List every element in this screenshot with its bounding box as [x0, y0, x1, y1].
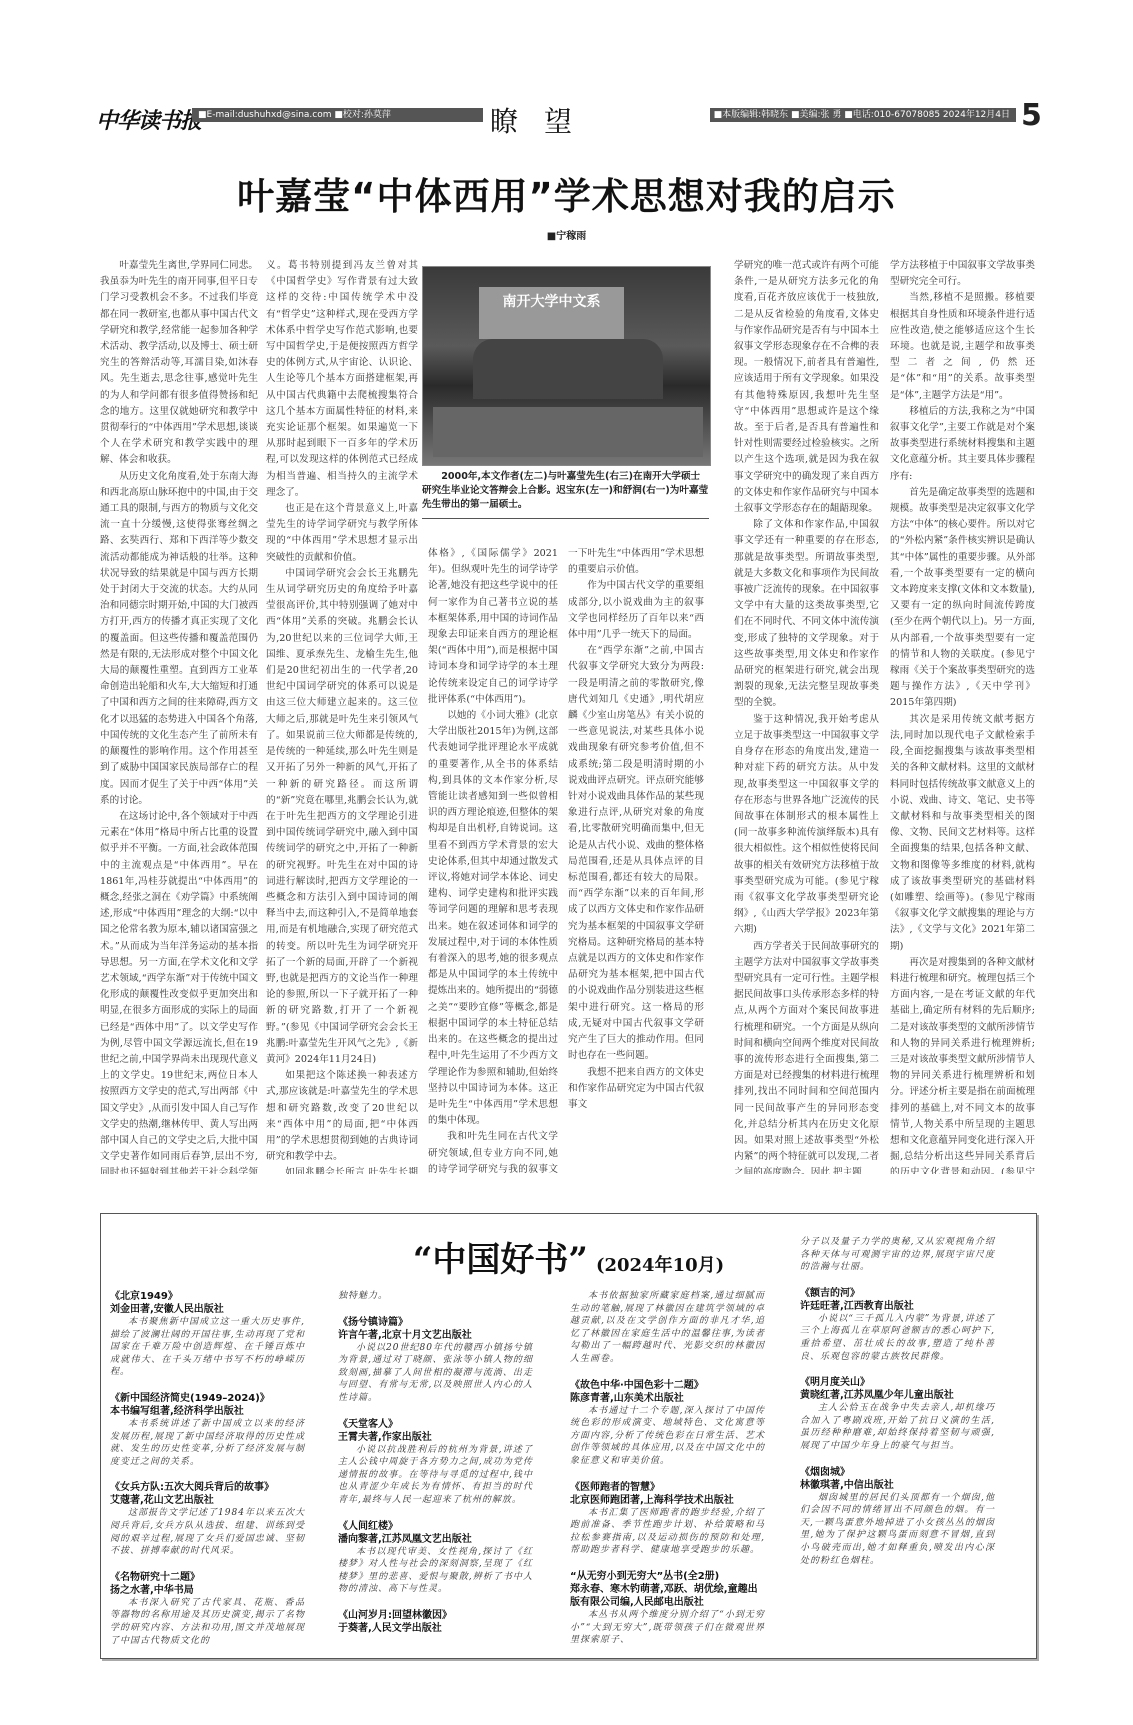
books-column-1: 《北京1949》刘金田著,安徽人民出版社本书聚焦新中国成立这一重大历史事件,描绘… — [110, 1290, 305, 1660]
newspaper-logo: 中华读书报 — [96, 104, 201, 135]
article-paragraph: 体格》,《国际儒学》2021年)。但纵观叶先生的词学诗学论著,她没有把这些学说中… — [428, 546, 558, 708]
article-column-3: 体格》,《国际儒学》2021年)。但纵观叶先生的词学诗学论著,她没有把这些学说中… — [428, 546, 558, 1174]
article-column-2: 义。葛书特别提到冯友兰曾对其《中国哲学史》写作背景有过大致这样的交待:中国传统学… — [266, 258, 418, 1174]
book-author: 郑永春、寒木钓萌著,邓跃、胡优绘,童趣出版有限公司编,人民邮电出版社 — [570, 1583, 765, 1609]
book-title: 《扬兮镇诗篇》 — [338, 1316, 533, 1329]
book-author: 许廷旺著,江西教育出版社 — [800, 1300, 995, 1313]
book-entry: 《扬兮镇诗篇》许言午著,北京十月文艺出版社小说以20世纪80年代的赣西小镇扬兮镇… — [338, 1316, 533, 1405]
book-entry: 《北京1949》刘金田著,安徽人民出版社本书聚焦新中国成立这一重大历史事件,描绘… — [110, 1290, 305, 1379]
section-title: 瞭望 — [490, 100, 598, 140]
book-author: 王霄夫著,作家出版社 — [338, 1431, 533, 1444]
book-entry: “从无穷小到无穷大”丛书(全2册)郑永春、寒木钓萌著,邓跃、胡优绘,童趣出版有限… — [570, 1570, 765, 1647]
article-paragraph: 学方法移植于中国叙事文学故事类型研究完全可行。 — [890, 258, 1035, 290]
article-paragraph: 义。葛书特别提到冯友兰曾对其《中国哲学史》写作背景有过大致这样的交待:中国传统学… — [266, 258, 418, 501]
book-entry: 《山河岁月:回望林徽因》于葵著,人民文学出版社 — [338, 1609, 533, 1635]
photo-group — [473, 339, 663, 399]
article-paragraph: 移植后的方法,我称之为“中国叙事文化学”,主要工作就是对个案故事类型进行系统材料… — [890, 404, 1035, 485]
article-paragraph: 从历史文化角度看,处于东南大海和西北高原山脉环抱中的中国,由于交通工具的限制,与… — [100, 469, 258, 809]
book-description: 本书依据独家所藏家庭档案,通过细腻而生动的笔触,展现了林徽因在建筑学领域的卓越贡… — [570, 1290, 765, 1366]
book-title: 《北京1949》 — [110, 1290, 305, 1303]
book-title: 《人间红楼》 — [338, 1520, 533, 1533]
article-paragraph: 西方学者关于民间故事研究的主题学方法对中国叙事文学故事类型研究具有一定可行性。主… — [734, 939, 879, 1174]
book-author: 陈彦青著,山东美术出版社 — [570, 1392, 765, 1405]
article-paragraph: 也正是在这个背景意义上,叶嘉莹先生的诗学词学研究与教学所体现的“中体西用”学术思… — [266, 501, 418, 566]
article-paragraph: 叶嘉莹先生离世,学界同仁同悲。我虽忝为叶先生的南开同事,但平日专门学习受教机会不… — [100, 258, 258, 469]
book-author: 林徽琪著,中信出版社 — [800, 1479, 995, 1492]
book-title: “从无穷小到无穷大”丛书(全2册) — [570, 1570, 765, 1583]
book-entry: 本书依据独家所藏家庭档案,通过细腻而生动的笔触,展现了林徽因在建筑学领域的卓越贡… — [570, 1290, 765, 1366]
photo-banner: 南开大学中文系 — [479, 287, 624, 339]
article-column-1: 叶嘉莹先生离世,学界同仁同悲。我虽忝为叶先生的南开同事,但平日专门学习受教机会不… — [100, 258, 258, 1174]
book-author: 许言午著,北京十月文艺出版社 — [338, 1329, 533, 1342]
book-description: 小说以“三千孤儿入内蒙”为背景,讲述了三个上海孤儿在草原阿爸额吉的悉心呵护下,重… — [800, 1313, 995, 1363]
book-title: 《明月度关山》 — [800, 1376, 995, 1389]
book-description: 本书深入研究了古代家具、花瓶、香品等器物的名称用途及其历史演变,揭示了名物学的研… — [110, 1597, 305, 1647]
book-entry: 《名物研究十二题》扬之水著,中华书局本书深入研究了古代家具、花瓶、香品等器物的名… — [110, 1571, 305, 1647]
article-paragraph: 除了文体和作家作品,中国叙事文学还有一种重要的存在形态,那就是故事类型。所谓故事… — [734, 517, 879, 711]
book-entry: 《烟囱城》林徽琪著,中信出版社烟囱城里的居民们头顶都有一个烟囱,他们会因不同的情… — [800, 1466, 995, 1568]
book-entry: 《人间红楼》潘向黎著,江苏凤凰文艺出版社本书以现代审美、女性视角,探讨了《红楼梦… — [338, 1520, 533, 1596]
article-column-4: 一下叶先生“中体西用”学术思想的重要启示价值。作为中国古代文学的重要组成部分,以… — [568, 546, 704, 1174]
book-author: 于葵著,人民文学出版社 — [338, 1622, 533, 1635]
editor-info-bar: ■本版编辑:韩晓东 ■美编:张 勇 ■电话:010-67078085 2024年… — [710, 108, 1016, 122]
book-entry: 《新中国经济简史(1949–2024)》本书编写组著,经济科学出版社本书系统讲述… — [110, 1392, 305, 1468]
book-author: 艾蔻著,花山文艺出版社 — [110, 1494, 305, 1507]
article-paragraph: 作为中国古代文学的重要组成部分,以小说戏曲为主的叙事文学也同样经历了百年以来“西… — [568, 578, 704, 643]
book-entry: 独特魅力。 — [338, 1290, 533, 1303]
caption-divider — [422, 518, 709, 519]
article-paragraph: 再次是对搜集到的各种文献材料进行梳理和研究。梳理包括三个方面内容,一是在考证文献… — [890, 955, 1035, 1174]
books-column-3: 本书依据独家所藏家庭档案,通过细腻而生动的笔触,展现了林徽因在建筑学领域的卓越贡… — [570, 1290, 765, 1660]
article-paragraph: 如果把这个陈述换一种表述方式,那应该就是:叶嘉莹先生的学术思想和研究路数,改变了… — [266, 1068, 418, 1165]
book-entry: 分子以及量子力学的奥秘,又从宏观视角介绍各种天体与可观测宇宙的边界,展现宇宙尺度… — [800, 1236, 995, 1274]
book-author: 刘金田著,安徽人民出版社 — [110, 1303, 305, 1316]
book-title: 《新中国经济简史(1949–2024)》 — [110, 1392, 305, 1405]
book-description: 本丛书从两个维度分别介绍了“小到无穷小”“大到无穷大”,既带领孩子们在微观世界里… — [570, 1609, 765, 1647]
article-paragraph: 我和叶先生同在古代文学研究领域,但专业方向不同,她的诗学词学研究与我的叙事文学研… — [428, 1129, 558, 1174]
book-description: 主人公恰玉在战争中失去亲人,却机缘巧合加入了粤剧戏班,开始了抗日义演的生活,虽历… — [800, 1402, 995, 1452]
book-description: 烟囱城里的居民们头顶都有一个烟囱,他们会因不同的情绪冒出不同颜色的烟。有一天,一… — [800, 1492, 995, 1568]
book-title: 《额吉的河》 — [800, 1287, 995, 1300]
book-description: 本书以现代审美、女性视角,探讨了《红楼梦》对人性与社会的深刻洞察,呈现了《红楼梦… — [338, 1546, 533, 1596]
article-paragraph: 如同兆鹏会长所言,叶先生长期在加拿大从事古典诗词教学与研究,对20世纪以来西方文… — [266, 1165, 418, 1174]
book-title: 《山河岁月:回望林徽因》 — [338, 1609, 533, 1622]
book-title: 《烟囱城》 — [800, 1466, 995, 1479]
book-title: 《天堂客人》 — [338, 1418, 533, 1431]
masthead: 中华读书报 ■E-mail:dushuhxd@sina.com ■校对:孙莫萍 … — [96, 104, 1036, 130]
book-title: 《女兵方队:五次大阅兵背后的故事》 — [110, 1481, 305, 1494]
book-author: 潘向黎著,江苏凤凰文艺出版社 — [338, 1533, 533, 1546]
book-description: 小说以20世纪80年代的赣西小镇扬兮镇为背景,通过对丁晓颜、张泳等小镇人物的细致… — [338, 1342, 533, 1405]
article-paragraph: 在“西学东渐”之前,中国古代叙事文学研究大致分为两段:一段是明清之前的零散研究,… — [568, 643, 704, 1064]
book-description: 独特魅力。 — [338, 1290, 533, 1303]
article-byline: ■宁稼雨 — [0, 227, 1133, 242]
photo-table — [433, 407, 703, 457]
page-number: 5 — [1021, 98, 1042, 133]
good-books-subtitle: (2024年10月) — [596, 1255, 724, 1276]
book-title: 《名物研究十二题》 — [110, 1571, 305, 1584]
article-paragraph: 在这场讨论中,各个领域对于中西元素在“体用”格局中所占比重的设置似乎并不平衡。一… — [100, 809, 258, 1174]
book-author: 北京医师跑团著,上海科学技术出版社 — [570, 1494, 765, 1507]
book-entry: 《明月度关山》黄晓红著,江苏凤凰少年儿童出版社主人公恰玉在战争中失去亲人,却机缘… — [800, 1376, 995, 1452]
article-column-6: 学方法移植于中国叙事文学故事类型研究完全可行。当然,移植不是照搬。移植要根据其自… — [890, 258, 1035, 1174]
book-entry: 《额吉的河》许廷旺著,江西教育出版社小说以“三千孤儿入内蒙”为背景,讲述了三个上… — [800, 1287, 995, 1363]
book-author: 扬之水著,中华书局 — [110, 1584, 305, 1597]
book-description: 本书系统讲述了新中国成立以来的经济发展历程,展现了新中国经济取得的历史性成就、发… — [110, 1418, 305, 1468]
contact-bar: ■E-mail:dushuhxd@sina.com ■校对:孙莫萍 — [192, 108, 483, 122]
book-author: 黄晓红著,江苏凤凰少年儿童出版社 — [800, 1389, 995, 1402]
article-headline: 叶嘉莹“中体西用”学术思想对我的启示 — [0, 166, 1133, 220]
article-paragraph: 以她的《小词大雅》(北京大学出版社2015年)为例,这部代表她词学批评理论水平成… — [428, 708, 558, 1129]
book-entry: 《天堂客人》王霄夫著,作家出版社小说以抗战胜利后的杭州为背景,讲述了主人公钱中周… — [338, 1418, 533, 1507]
article-photo: 南开大学中文系 — [422, 266, 711, 466]
book-description: 本书汇集了医师跑者的跑步经验,介绍了跑前准备、季节性跑步计划、补给策略和马拉松参… — [570, 1507, 765, 1557]
article-paragraph: 鉴于这种情况,我开始考虑从立足于故事类型这一中国叙事文学自身存在形态的角度出发,… — [734, 712, 879, 939]
book-description: 本书聚焦新中国成立这一重大历史事件,描绘了波澜壮阔的开国往事,生动再现了党和国家… — [110, 1316, 305, 1379]
article-paragraph: 其次是采用传统文献考据方法,同时加以现代电子文献检索手段,全面挖掘搜集与该故事类… — [890, 712, 1035, 955]
book-description: 这部报告文学记述了1984年以来五次大阅兵背后,女兵方队从选拔、组建、训练到受阅… — [110, 1507, 305, 1557]
books-column-4: 分子以及量子力学的奥秘,又从宏观视角介绍各种天体与可观测宇宙的边界,展现宇宙尺度… — [800, 1236, 995, 1580]
article-column-5: 学研究的唯一范式或许有两个可能条件,一是从研究方法多元化的角度看,百花齐放应该优… — [734, 258, 879, 1174]
book-entry: 《女兵方队:五次大阅兵背后的故事》艾蔻著,花山文艺出版社这部报告文学记述了198… — [110, 1481, 305, 1557]
photo-caption: 2000年,本文作者(左二)与叶嘉莹先生(右三)在南开大学硕士研究生毕业论文答辩… — [422, 470, 709, 512]
books-column-2: 独特魅力。《扬兮镇诗篇》许言午著,北京十月文艺出版社小说以20世纪80年代的赣西… — [338, 1290, 533, 1648]
book-entry: 《医师跑者的智慧》北京医师跑团著,上海科学技术出版社本书汇集了医师跑者的跑步经验… — [570, 1481, 765, 1557]
article-paragraph: 当然,移植不是照搬。移植要根据其自身性质和环境条件进行适应性改造,使之能够适应这… — [890, 290, 1035, 403]
book-description: 小说以抗战胜利后的杭州为背景,讲述了主人公钱中周旋于各方势力之间,成功为党传递情… — [338, 1444, 533, 1507]
book-description: 本书通过十二个专题,深入探讨了中国传统色彩的形成演变、地域特色、文化寓意等方面内… — [570, 1405, 765, 1468]
book-description: 分子以及量子力学的奥秘,又从宏观视角介绍各种天体与可观测宇宙的边界,展现宇宙尺度… — [800, 1236, 995, 1274]
book-title: 《医师跑者的智慧》 — [570, 1481, 765, 1494]
article-paragraph: 中国词学研究会会长王兆鹏先生从词学研究历史的角度给予叶嘉莹很高评价,其中特别强调… — [266, 566, 418, 1068]
book-entry: 《故色中华·中国色彩十二题》陈彦青著,山东美术出版社本书通过十二个专题,深入探讨… — [570, 1379, 765, 1468]
article-paragraph: 一下叶先生“中体西用”学术思想的重要启示价值。 — [568, 546, 704, 578]
book-author: 本书编写组著,经济科学出版社 — [110, 1405, 305, 1418]
book-title: 《故色中华·中国色彩十二题》 — [570, 1379, 765, 1392]
article-paragraph: 我想不把来自西方的文体史和作家作品研究定为中国古代叙事文 — [568, 1065, 704, 1114]
article-paragraph: 首先是确定故事类型的选题和规模。故事类型是决定叙事文化学方法“中体”的核心要件。… — [890, 485, 1035, 712]
article-paragraph: 学研究的唯一范式或许有两个可能条件,一是从研究方法多元化的角度看,百花齐放应该优… — [734, 258, 879, 517]
